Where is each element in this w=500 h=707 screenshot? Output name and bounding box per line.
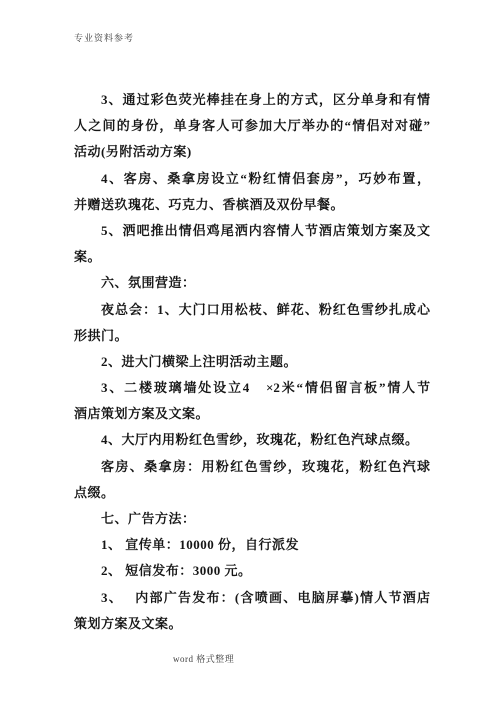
page-header-text: 专业资料参考 <box>74 31 134 44</box>
document-line: 4、客房、桑拿房设立“粉红情侣套房”，巧妙布置， <box>74 166 430 192</box>
document-line: 策划方案及文案。 <box>74 611 430 637</box>
document-line: 2、 短信发布：3000 元。 <box>74 558 430 584</box>
document-line: 1、 宣传单：10000 份，自行派发 <box>74 532 430 558</box>
document-line: 案。 <box>74 244 430 270</box>
document-line: 六、氛围营造： <box>74 270 430 296</box>
document-line: 3、二楼玻璃墙处设立4 ×2米“情侣留言板”情人节 <box>74 375 430 401</box>
document-line: 点缀。 <box>74 480 430 506</box>
document-line: 4、大厅内用粉红色雪纱，玫瑰花，粉红色汽球点缀。 <box>74 427 430 453</box>
document-line: 七、广告方法： <box>74 506 430 532</box>
document-line: 人之间的身份，单身客人可参加大厅举办的“情侣对对碰” <box>74 113 430 139</box>
document-body: 3、通过彩色荧光棒挂在身上的方式，区分单身和有情人之间的身份，单身客人可参加大厅… <box>74 87 430 637</box>
document-line: 夜总会：1、大门口用松枝、鲜花、粉红色雪纱扎成心 <box>74 297 430 323</box>
document-page: 专业资料参考 3、通过彩色荧光棒挂在身上的方式，区分单身和有情人之间的身份，单身… <box>0 0 500 707</box>
document-line: 形拱门。 <box>74 323 430 349</box>
document-line: 5、洒吧推出情侣鸡尾洒内容情人节酒店策划方案及文 <box>74 218 430 244</box>
page-footer-text: word 格式整理 <box>173 652 234 665</box>
document-line: 并赠送玖瑰花、巧克力、香槟酒及双份早餐。 <box>74 192 430 218</box>
document-line: 3、 内部广告发布：(含喷画、电脑屏摹)情人节酒店 <box>74 585 430 611</box>
document-line: 客房、桑拿房：用粉红色雪纱，玫瑰花，粉红色汽球 <box>74 454 430 480</box>
document-line: 活动(另附活动方案) <box>74 139 430 165</box>
document-line: 2、进大门横梁上注明活动主题。 <box>74 349 430 375</box>
document-line: 3、通过彩色荧光棒挂在身上的方式，区分单身和有情 <box>74 87 430 113</box>
document-line: 酒店策划方案及文案。 <box>74 401 430 427</box>
